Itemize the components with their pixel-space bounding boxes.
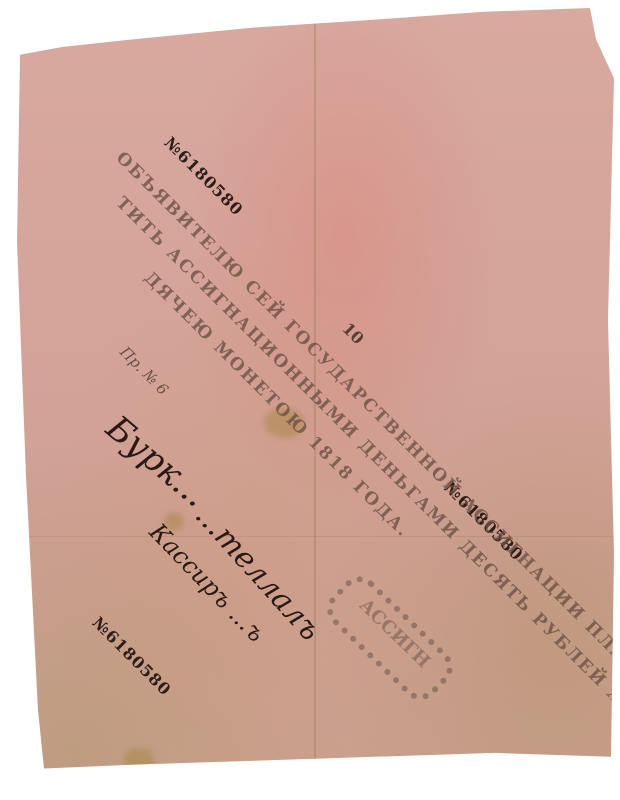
banknote-paper: №6180580 №6180580 №6180580 Объявителю се… (14, 8, 614, 788)
horizontal-fold-line (14, 536, 614, 537)
ink-stamp: АССИГН (319, 568, 461, 708)
denomination-number: 10 (339, 319, 368, 348)
serial-number-bottom: №6180580 (89, 613, 175, 699)
stain (124, 748, 154, 770)
register-note: Пр. № 6 (116, 343, 172, 399)
signature-1: Бурк... (98, 408, 215, 515)
